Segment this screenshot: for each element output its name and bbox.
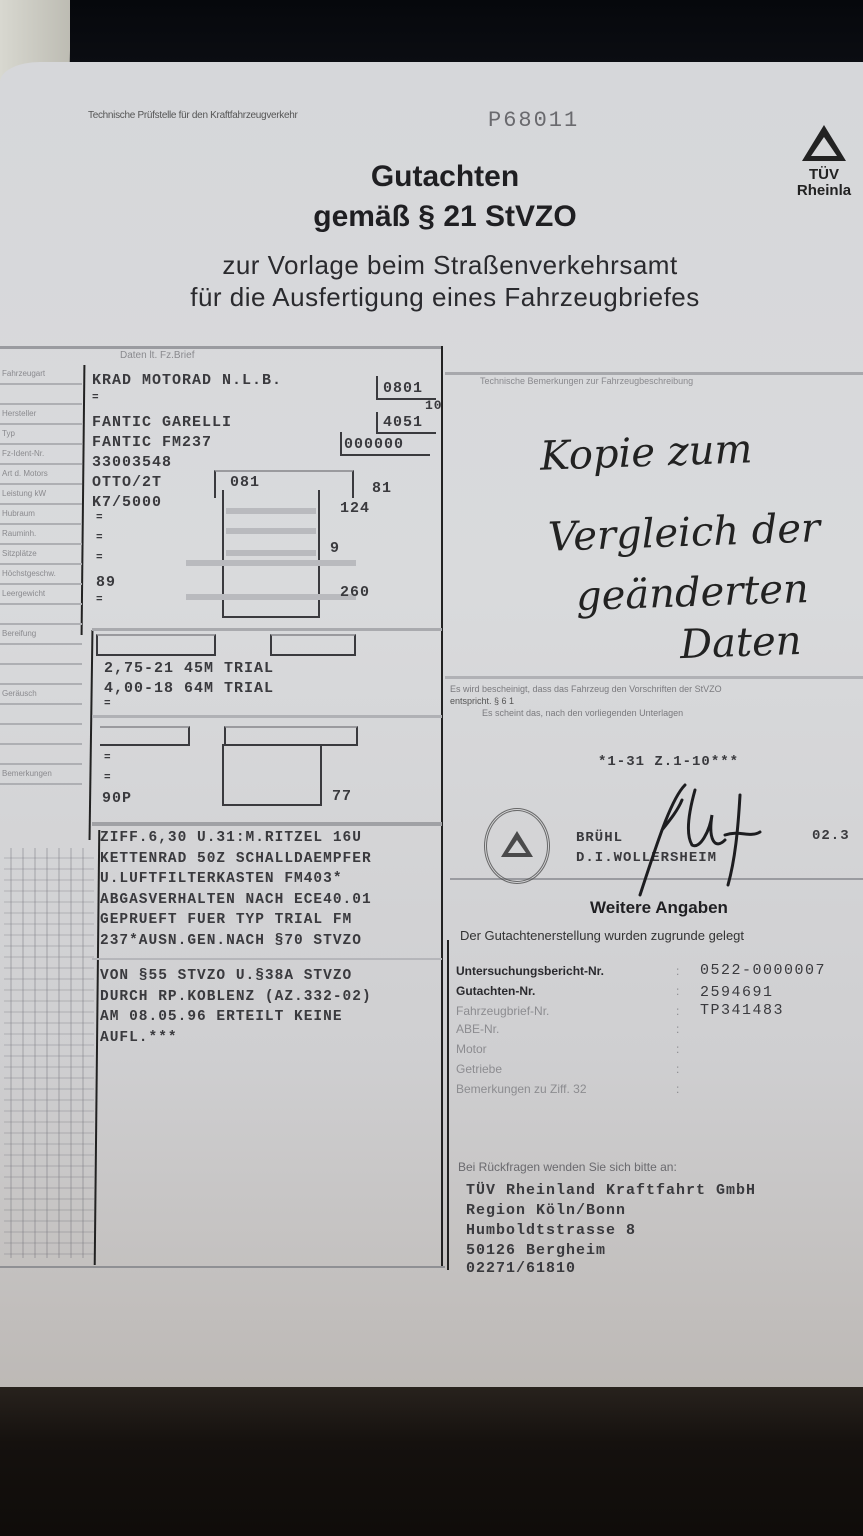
report-number-value: 0522-0000007 <box>700 962 826 979</box>
ditto-mark: = <box>96 552 104 564</box>
remarks-block-2: VON §55 STVZO U.§38A STVZO DURCH RP.KOBL… <box>100 966 372 1048</box>
field-label: Sitzplätze <box>0 545 82 565</box>
handwritten-note-line-1: Kopie zum <box>539 426 753 479</box>
abe-number-label: ABE-Nr. <box>456 1022 499 1036</box>
field-label: Hersteller <box>0 405 82 425</box>
section-rule-3 <box>92 822 442 826</box>
right-panel-top-rule <box>445 372 863 375</box>
certification-text-3: Es scheint das, nach den vorliegenden Un… <box>482 708 683 718</box>
certification-text-1: Es wird bescheinigt, dass das Fahrzeug d… <box>450 684 722 694</box>
remark-line: ZIFF.6,30 U.31:M.RITZEL 16U <box>100 828 372 849</box>
tyre-header-box-2 <box>270 634 356 656</box>
contact-city: 50126 Bergheim <box>466 1242 606 1259</box>
vehicle-title-number-value: TP341483 <box>700 1002 784 1019</box>
vehicle-type: FANTIC FM237 <box>92 434 212 451</box>
right-panel-header: Technische Bemerkungen zur Fahrzeugbesch… <box>480 376 693 386</box>
colon: : <box>676 1004 679 1018</box>
remark-line: VON §55 STVZO U.§38A STVZO <box>100 966 372 987</box>
handwritten-note-line-2: Vergleich der <box>547 505 821 560</box>
tuv-logo-text-2: Rheinla <box>785 183 863 199</box>
colon: : <box>676 964 679 978</box>
document-title-line2: gemäß § 21 StVZO <box>0 200 863 234</box>
power-kw: 81 <box>372 480 392 497</box>
seats: 9 <box>330 540 340 557</box>
tuv-logo: TÜV Rheinla <box>785 125 863 199</box>
remarks-ref-label: Bemerkungen zu Ziff. 32 <box>456 1082 587 1096</box>
form-bottom-rule <box>0 1266 445 1268</box>
code-1: 0801 <box>383 380 423 397</box>
vehicle-title-number-label: Fahrzeugbrief-Nr. <box>456 1004 549 1018</box>
ditto-mark: = <box>104 698 112 710</box>
right-panel-left-border <box>447 940 449 1270</box>
remark-line: AUFL.*** <box>100 1028 372 1049</box>
form-divider-center <box>441 346 443 1266</box>
field-label <box>0 645 82 665</box>
date: 02.3 <box>812 828 850 844</box>
contact-street: Humboldtstrasse 8 <box>466 1222 636 1239</box>
grid-shade <box>186 560 356 566</box>
noise-header-box-2 <box>224 726 358 746</box>
power-rpm: K7/5000 <box>92 494 162 511</box>
colon: : <box>676 1022 679 1036</box>
gearbox-label: Getriebe <box>456 1062 502 1076</box>
certification-text-2: entspricht. § 6 1 <box>450 696 514 706</box>
signature-icon <box>600 760 780 900</box>
contact-company: TÜV Rheinland Kraftfahrt GmbH <box>466 1182 756 1199</box>
code-4: 000000 <box>344 436 404 453</box>
noise-detail-box <box>222 744 322 806</box>
report-number-label: Untersuchungsbericht-Nr. <box>456 964 604 978</box>
colon: : <box>676 984 679 998</box>
further-info-heading: Weitere Angaben <box>590 898 728 918</box>
further-info-intro: Der Gutachtenerstellung wurden zugrunde … <box>460 928 744 943</box>
section-rule-1 <box>92 628 442 631</box>
field-label <box>0 665 82 685</box>
field-label: Bemerkungen <box>0 765 82 785</box>
engine-code: 081 <box>230 474 260 491</box>
form-top-rule <box>0 346 442 349</box>
document-subtitle-2: für die Ausfertigung eines Fahrzeugbrief… <box>0 282 863 313</box>
grid-shade <box>186 594 356 600</box>
section-rule-4 <box>92 958 442 960</box>
field-label <box>0 725 82 745</box>
displacement: 124 <box>340 500 370 517</box>
colon: : <box>676 1042 679 1056</box>
field-label: Geräusch <box>0 685 82 705</box>
code-2: 10 <box>425 398 443 413</box>
field-label <box>0 385 82 405</box>
remarks-block-1: ZIFF.6,30 U.31:M.RITZEL 16U KETTENRAD 50… <box>100 828 372 951</box>
vehicle-class: KRAD MOTORAD N.L.B. <box>92 372 282 389</box>
field-label: Bereifung <box>0 625 82 645</box>
background-bottom <box>0 1380 863 1536</box>
remark-line: U.LUFTFILTERKASTEN FM403* <box>100 869 372 890</box>
engine-label: Motor <box>456 1042 487 1056</box>
engine-type: OTTO/2T <box>92 474 162 491</box>
remark-line: AM 08.05.96 ERTEILT KEINE <box>100 1007 372 1028</box>
tuv-seal-icon <box>484 808 550 884</box>
seal-triangle-icon <box>501 831 533 857</box>
grid-shade <box>226 508 316 514</box>
handwritten-note-line-3: geänderten <box>575 566 809 620</box>
section-rule-2 <box>92 715 442 718</box>
left-field-labels: Fahrzeugart Hersteller Typ Fz-Ident-Nr. … <box>0 365 82 785</box>
tyres-rear: 4,00-18 64M TRIAL <box>104 680 274 697</box>
field-label: Leergewicht <box>0 585 82 605</box>
expertise-number-value: 2594691 <box>700 984 774 1001</box>
remark-line: KETTENRAD 50Z SCHALLDAEMPFER <box>100 849 372 870</box>
expertise-number-label: Gutachten-Nr. <box>456 984 535 998</box>
max-speed: 89 <box>96 574 116 591</box>
field-label: Fahrzeugart <box>0 365 82 385</box>
handwritten-note-line-4: Daten <box>679 618 802 668</box>
noise-level: 90P <box>102 790 132 807</box>
field-label: Rauminh. <box>0 525 82 545</box>
field-label: Leistung kW <box>0 485 82 505</box>
remark-line: GEPRUEFT FUER TYP TRIAL FM <box>100 910 372 931</box>
ditto-mark: = <box>96 594 104 606</box>
empty-weight: 260 <box>340 584 370 601</box>
field-label: Hubraum <box>0 505 82 525</box>
ditto-mark: = <box>92 392 100 404</box>
column-header: Daten lt. Fz.Brief <box>120 350 194 361</box>
ditto-mark: = <box>96 532 104 544</box>
faded-fine-print <box>4 848 94 1258</box>
grid-shade <box>226 550 316 556</box>
field-label: Typ <box>0 425 82 445</box>
tyre-header-box-1 <box>96 634 216 656</box>
contact-region: Region Köln/Bonn <box>466 1202 626 1219</box>
ditto-mark: = <box>104 772 112 784</box>
issuer-line: Technische Prüfstelle für den Kraftfahrz… <box>88 110 298 121</box>
tuv-triangle-icon <box>802 125 846 161</box>
right-rule-1 <box>445 676 863 679</box>
contact-label: Bei Rückfragen wenden Sie sich bitte an: <box>458 1160 677 1174</box>
serial-number: P68011 <box>488 108 579 133</box>
colon: : <box>676 1082 679 1096</box>
field-label: Höchstgeschw. <box>0 565 82 585</box>
document-subtitle-1: zur Vorlage beim Straßenverkehrsamt <box>0 250 863 281</box>
field-label <box>0 605 82 625</box>
contact-phone: 02271/61810 <box>466 1260 576 1277</box>
remark-line: 237*AUSN.GEN.NACH §70 STVZO <box>100 931 372 952</box>
field-label <box>0 705 82 725</box>
remark-line: DURCH RP.KOBLENZ (AZ.332-02) <box>100 987 372 1008</box>
code-3: 4051 <box>383 414 423 431</box>
ditto-mark: = <box>96 512 104 524</box>
field-label: Fz-Ident-Nr. <box>0 445 82 465</box>
colon: : <box>676 1062 679 1076</box>
vehicle-id-number: 33003548 <box>92 454 172 471</box>
document-title: Gutachten <box>0 160 863 194</box>
ditto-mark: = <box>104 752 112 764</box>
noise-header-box <box>100 726 190 746</box>
noise-rpm: 77 <box>332 788 352 805</box>
field-label <box>0 745 82 765</box>
grid-shade <box>226 528 316 534</box>
tuv-logo-text-1: TÜV <box>785 167 863 183</box>
field-label: Art d. Motors <box>0 465 82 485</box>
remark-line: ABGASVERHALTEN NACH ECE40.01 <box>100 890 372 911</box>
manufacturer: FANTIC GARELLI <box>92 414 232 431</box>
tyres-front: 2,75-21 45M TRIAL <box>104 660 274 677</box>
